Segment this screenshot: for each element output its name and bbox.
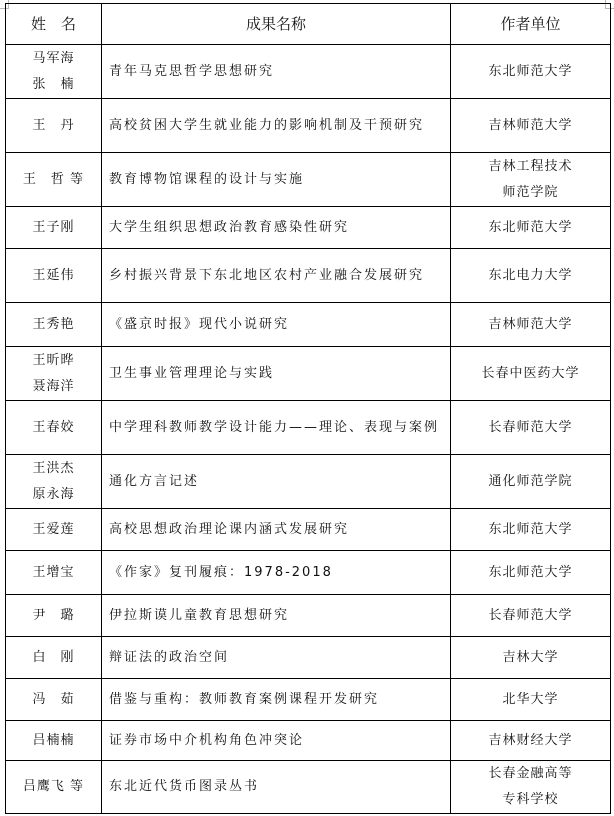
- author-unit-cell: 东北师范大学: [451, 509, 611, 551]
- author-name-cell: 吕楠楠: [6, 721, 102, 761]
- table-row: 王昕晔聂海洋卫生事业管理理论与实践长春中医药大学: [6, 347, 611, 401]
- header-unit: 作者单位: [451, 4, 611, 45]
- achievement-title: 《作家》复刊履痕：1978-2018: [102, 551, 451, 595]
- achievement-title: 中学理科教师教学设计能力——理论、表现与案例: [102, 401, 451, 455]
- author-name-cell: 王 丹: [6, 99, 102, 153]
- author-name-cell: 冯 茹: [6, 679, 102, 721]
- author-unit-cell: 吉林工程技术师范学院: [451, 153, 611, 207]
- table-row: 王秀艳《盛京时报》现代小说研究吉林师范大学: [6, 303, 611, 347]
- achievement-title: 《盛京时报》现代小说研究: [102, 303, 451, 347]
- achievement-title: 大学生组织思想政治教育感染性研究: [102, 207, 451, 249]
- achievement-title: 辩证法的政治空间: [102, 637, 451, 679]
- author-name: 原永海: [6, 482, 101, 508]
- author-name: 白 刚: [6, 645, 101, 671]
- author-unit: 长春师范大学: [451, 415, 610, 441]
- author-name-cell: 尹 璐: [6, 595, 102, 637]
- author-unit: 吉林工程技术: [451, 154, 610, 180]
- table-row: 白 刚辩证法的政治空间吉林大学: [6, 637, 611, 679]
- author-name: 尹 璐: [6, 603, 101, 629]
- author-name: 王延伟: [6, 263, 101, 289]
- author-unit: 专科学校: [451, 787, 610, 813]
- table-row: 王 哲 等教育博物馆课程的设计与实施吉林工程技术师范学院: [6, 153, 611, 207]
- author-unit: 吉林大学: [451, 645, 610, 671]
- author-name-cell: 王增宝: [6, 551, 102, 595]
- achievement-title: 高校贫困大学生就业能力的影响机制及干预研究: [102, 99, 451, 153]
- author-unit: 长春金融高等: [451, 761, 610, 787]
- author-unit-cell: 东北电力大学: [451, 249, 611, 303]
- achievements-table: 姓 名 成果名称 作者单位 马军海张 楠青年马克思哲学思想研究东北师范大学王 丹…: [5, 3, 611, 814]
- author-name-cell: 王爱莲: [6, 509, 102, 551]
- achievement-title: 乡村振兴背景下东北地区农村产业融合发展研究: [102, 249, 451, 303]
- author-unit: 长春中医药大学: [451, 361, 610, 387]
- table-row: 王子刚大学生组织思想政治教育感染性研究东北师范大学: [6, 207, 611, 249]
- author-unit-cell: 北华大学: [451, 679, 611, 721]
- header-title: 成果名称: [102, 4, 451, 45]
- author-name: 吕楠楠: [6, 728, 101, 754]
- author-name: 王子刚: [6, 215, 101, 241]
- author-name-cell: 王秀艳: [6, 303, 102, 347]
- author-name-cell: 白 刚: [6, 637, 102, 679]
- table-row: 冯 茹借鉴与重构：教师教育案例课程开发研究北华大学: [6, 679, 611, 721]
- author-unit-cell: 东北师范大学: [451, 551, 611, 595]
- author-unit: 东北师范大学: [451, 59, 610, 85]
- author-name: 王 丹: [6, 113, 101, 139]
- author-name: 聂海洋: [6, 374, 101, 400]
- table-row: 王增宝《作家》复刊履痕：1978-2018东北师范大学: [6, 551, 611, 595]
- author-name: 王秀艳: [6, 312, 101, 338]
- author-name-cell: 王春姣: [6, 401, 102, 455]
- table-row: 王延伟乡村振兴背景下东北地区农村产业融合发展研究东北电力大学: [6, 249, 611, 303]
- achievement-title: 东北近代货币图录丛书: [102, 761, 451, 814]
- achievement-title: 伊拉斯谟儿童教育思想研究: [102, 595, 451, 637]
- author-unit-cell: 长春金融高等专科学校: [451, 761, 611, 814]
- author-unit: 北华大学: [451, 687, 610, 713]
- table-row: 王爱莲高校思想政治理论课内涵式发展研究东北师范大学: [6, 509, 611, 551]
- author-name: 马军海: [6, 46, 101, 72]
- author-unit-cell: 吉林师范大学: [451, 99, 611, 153]
- table-row: 马军海张 楠青年马克思哲学思想研究东北师范大学: [6, 45, 611, 99]
- author-unit: 吉林师范大学: [451, 113, 610, 139]
- author-name-cell: 王子刚: [6, 207, 102, 249]
- achievement-title: 青年马克思哲学思想研究: [102, 45, 451, 99]
- table-row: 吕楠楠证券市场中介机构角色冲突论吉林财经大学: [6, 721, 611, 761]
- author-unit-cell: 吉林大学: [451, 637, 611, 679]
- author-name-cell: 马军海张 楠: [6, 45, 102, 99]
- author-name: 冯 茹: [6, 687, 101, 713]
- table-body: 马军海张 楠青年马克思哲学思想研究东北师范大学王 丹高校贫困大学生就业能力的影响…: [6, 45, 611, 814]
- author-unit: 东北电力大学: [451, 263, 610, 289]
- author-name-cell: 王洪杰原永海: [6, 455, 102, 509]
- author-name: 王昕晔: [6, 348, 101, 374]
- author-unit-cell: 通化师范学院: [451, 455, 611, 509]
- achievement-title: 高校思想政治理论课内涵式发展研究: [102, 509, 451, 551]
- author-unit: 东北师范大学: [451, 215, 610, 241]
- achievement-title: 借鉴与重构：教师教育案例课程开发研究: [102, 679, 451, 721]
- author-name: 王春姣: [6, 415, 101, 441]
- author-name: 吕鹰飞 等: [6, 774, 101, 800]
- table-row: 王 丹高校贫困大学生就业能力的影响机制及干预研究吉林师范大学: [6, 99, 611, 153]
- author-name-cell: 王 哲 等: [6, 153, 102, 207]
- table-row: 吕鹰飞 等东北近代货币图录丛书长春金融高等专科学校: [6, 761, 611, 814]
- author-unit: 通化师范学院: [451, 469, 610, 495]
- achievement-title: 通化方言记述: [102, 455, 451, 509]
- author-name-cell: 王延伟: [6, 249, 102, 303]
- author-name: 王增宝: [6, 560, 101, 586]
- table-row: 王春姣中学理科教师教学设计能力——理论、表现与案例长春师范大学: [6, 401, 611, 455]
- author-unit: 吉林财经大学: [451, 728, 610, 754]
- author-name: 王洪杰: [6, 456, 101, 482]
- author-name: 王爱莲: [6, 517, 101, 543]
- achievement-title: 卫生事业管理理论与实践: [102, 347, 451, 401]
- header-name: 姓 名: [6, 4, 102, 45]
- author-unit-cell: 东北师范大学: [451, 45, 611, 99]
- author-unit-cell: 吉林财经大学: [451, 721, 611, 761]
- achievement-title: 教育博物馆课程的设计与实施: [102, 153, 451, 207]
- author-name: 王 哲 等: [6, 167, 101, 193]
- author-unit: 师范学院: [451, 180, 610, 206]
- author-unit: 长春师范大学: [451, 603, 610, 629]
- author-unit-cell: 长春师范大学: [451, 401, 611, 455]
- author-unit-cell: 长春中医药大学: [451, 347, 611, 401]
- author-unit-cell: 东北师范大学: [451, 207, 611, 249]
- table-header-row: 姓 名 成果名称 作者单位: [6, 4, 611, 45]
- author-name-cell: 王昕晔聂海洋: [6, 347, 102, 401]
- achievement-title: 证券市场中介机构角色冲突论: [102, 721, 451, 761]
- author-unit: 吉林师范大学: [451, 312, 610, 338]
- author-unit-cell: 吉林师范大学: [451, 303, 611, 347]
- author-name-cell: 吕鹰飞 等: [6, 761, 102, 814]
- author-name: 张 楠: [6, 72, 101, 98]
- author-unit: 东北师范大学: [451, 517, 610, 543]
- author-unit-cell: 长春师范大学: [451, 595, 611, 637]
- table-row: 尹 璐伊拉斯谟儿童教育思想研究长春师范大学: [6, 595, 611, 637]
- table-row: 王洪杰原永海通化方言记述通化师范学院: [6, 455, 611, 509]
- author-unit: 东北师范大学: [451, 560, 610, 586]
